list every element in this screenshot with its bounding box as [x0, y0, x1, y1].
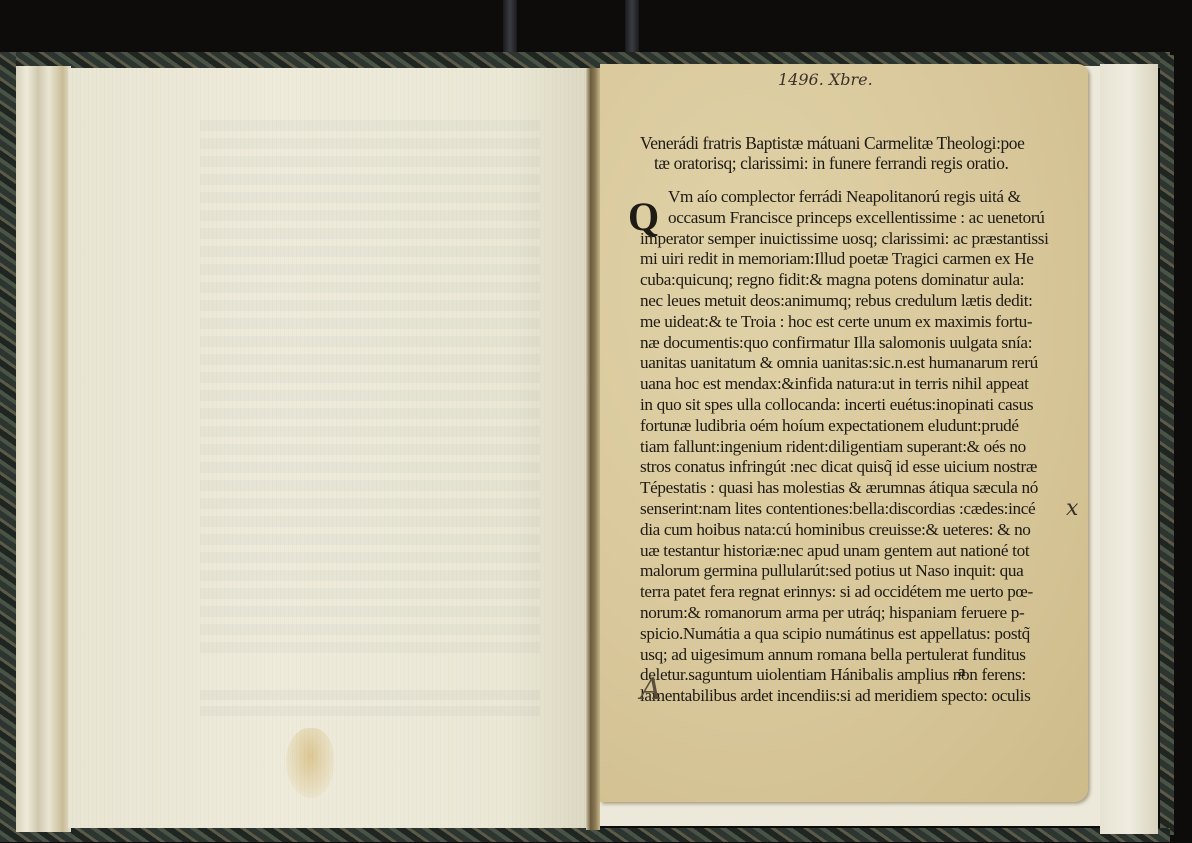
cover-board-right	[1160, 55, 1174, 835]
text-line: uæ testantur historiæ:nec apud unam gent…	[640, 541, 1090, 562]
text-line: deletur.saguntum uiolentiam Hánibalis am…	[640, 665, 1090, 686]
book-gutter	[586, 68, 600, 830]
text-line: norum:& romanorum arma per utráq; hispan…	[640, 603, 1090, 624]
text-line: stros conatus infringút :nec dicat quisq…	[640, 457, 1090, 478]
document-title: Venerádi fratris Baptistæ mátuani Carmel…	[640, 133, 1024, 173]
text-line: terra patet fera regnat erinnys: si ad o…	[640, 582, 1090, 603]
text-line: imperator semper inuictissime uosq; clar…	[640, 229, 1090, 250]
text-line: fortunæ ludibria oém hoíum expectationem…	[640, 416, 1090, 437]
text-line: spicio.Numátia a qua scipio numátinus es…	[640, 624, 1090, 645]
margin-note-bottom-left: A	[640, 672, 662, 707]
handwritten-date-annotation: 1496. Xbre.	[778, 70, 873, 89]
text-line: occasum Francisce princeps excellentissi…	[640, 208, 1090, 229]
show-through-text	[200, 120, 540, 660]
text-line: usq; ad uigesimum annum romana bella per…	[640, 645, 1090, 666]
text-line: mi uiri redit in memoriam:Illud poetæ Tr…	[640, 249, 1090, 270]
text-line: uana hoc est mendax:&infida natura:ut in…	[640, 374, 1090, 395]
body-text: Vm aío complector ferrádi Neapolitanorú …	[640, 187, 1090, 707]
text-line: dia cum hoibus nata:cú hominibus creuiss…	[640, 520, 1090, 541]
text-line: Tépestatis : quasi has molestias & ærumn…	[640, 478, 1090, 499]
margin-note-right: x	[1066, 496, 1078, 521]
foxing-stain	[286, 728, 334, 798]
text-line: malorum germina pullularút:sed potius ut…	[640, 561, 1090, 582]
text-line: Vm aío complector ferrádi Neapolitanorú …	[640, 187, 1090, 208]
text-line: in quo sit spes ulla collocanda: incerti…	[640, 395, 1090, 416]
title-line-2: tæ oratorisq; clarissimi: in funere ferr…	[640, 153, 1024, 173]
text-line: tiam fallunt:ingenium rident:diligentiam…	[640, 437, 1090, 458]
left-page-stack	[16, 66, 71, 832]
text-line: lamentabilibus ardet incendiis:si ad mer…	[640, 686, 1090, 707]
text-line: senserint:nam lites contentiones:bella:d…	[640, 499, 1090, 520]
signature-mark: a	[958, 664, 966, 681]
text-line: næ documentis:quo confirmatur Illa salom…	[640, 333, 1090, 354]
show-through-title	[200, 690, 540, 720]
text-line: me uideat:& te Troia : hoc est certe unu…	[640, 312, 1090, 333]
text-line: uanitas uanitatum & omnia uanitas:sic.n.…	[640, 353, 1090, 374]
text-line: nec leues metuit deos:animumq; rebus cre…	[640, 291, 1090, 312]
title-line-1: Venerádi fratris Baptistæ mátuani Carmel…	[640, 133, 1024, 153]
right-page-stack	[1100, 64, 1158, 834]
cover-board-left	[0, 52, 16, 842]
cover-board-bottom	[0, 828, 1170, 842]
text-line: cuba:quicunq; regno fidit:& magna potens…	[640, 270, 1090, 291]
